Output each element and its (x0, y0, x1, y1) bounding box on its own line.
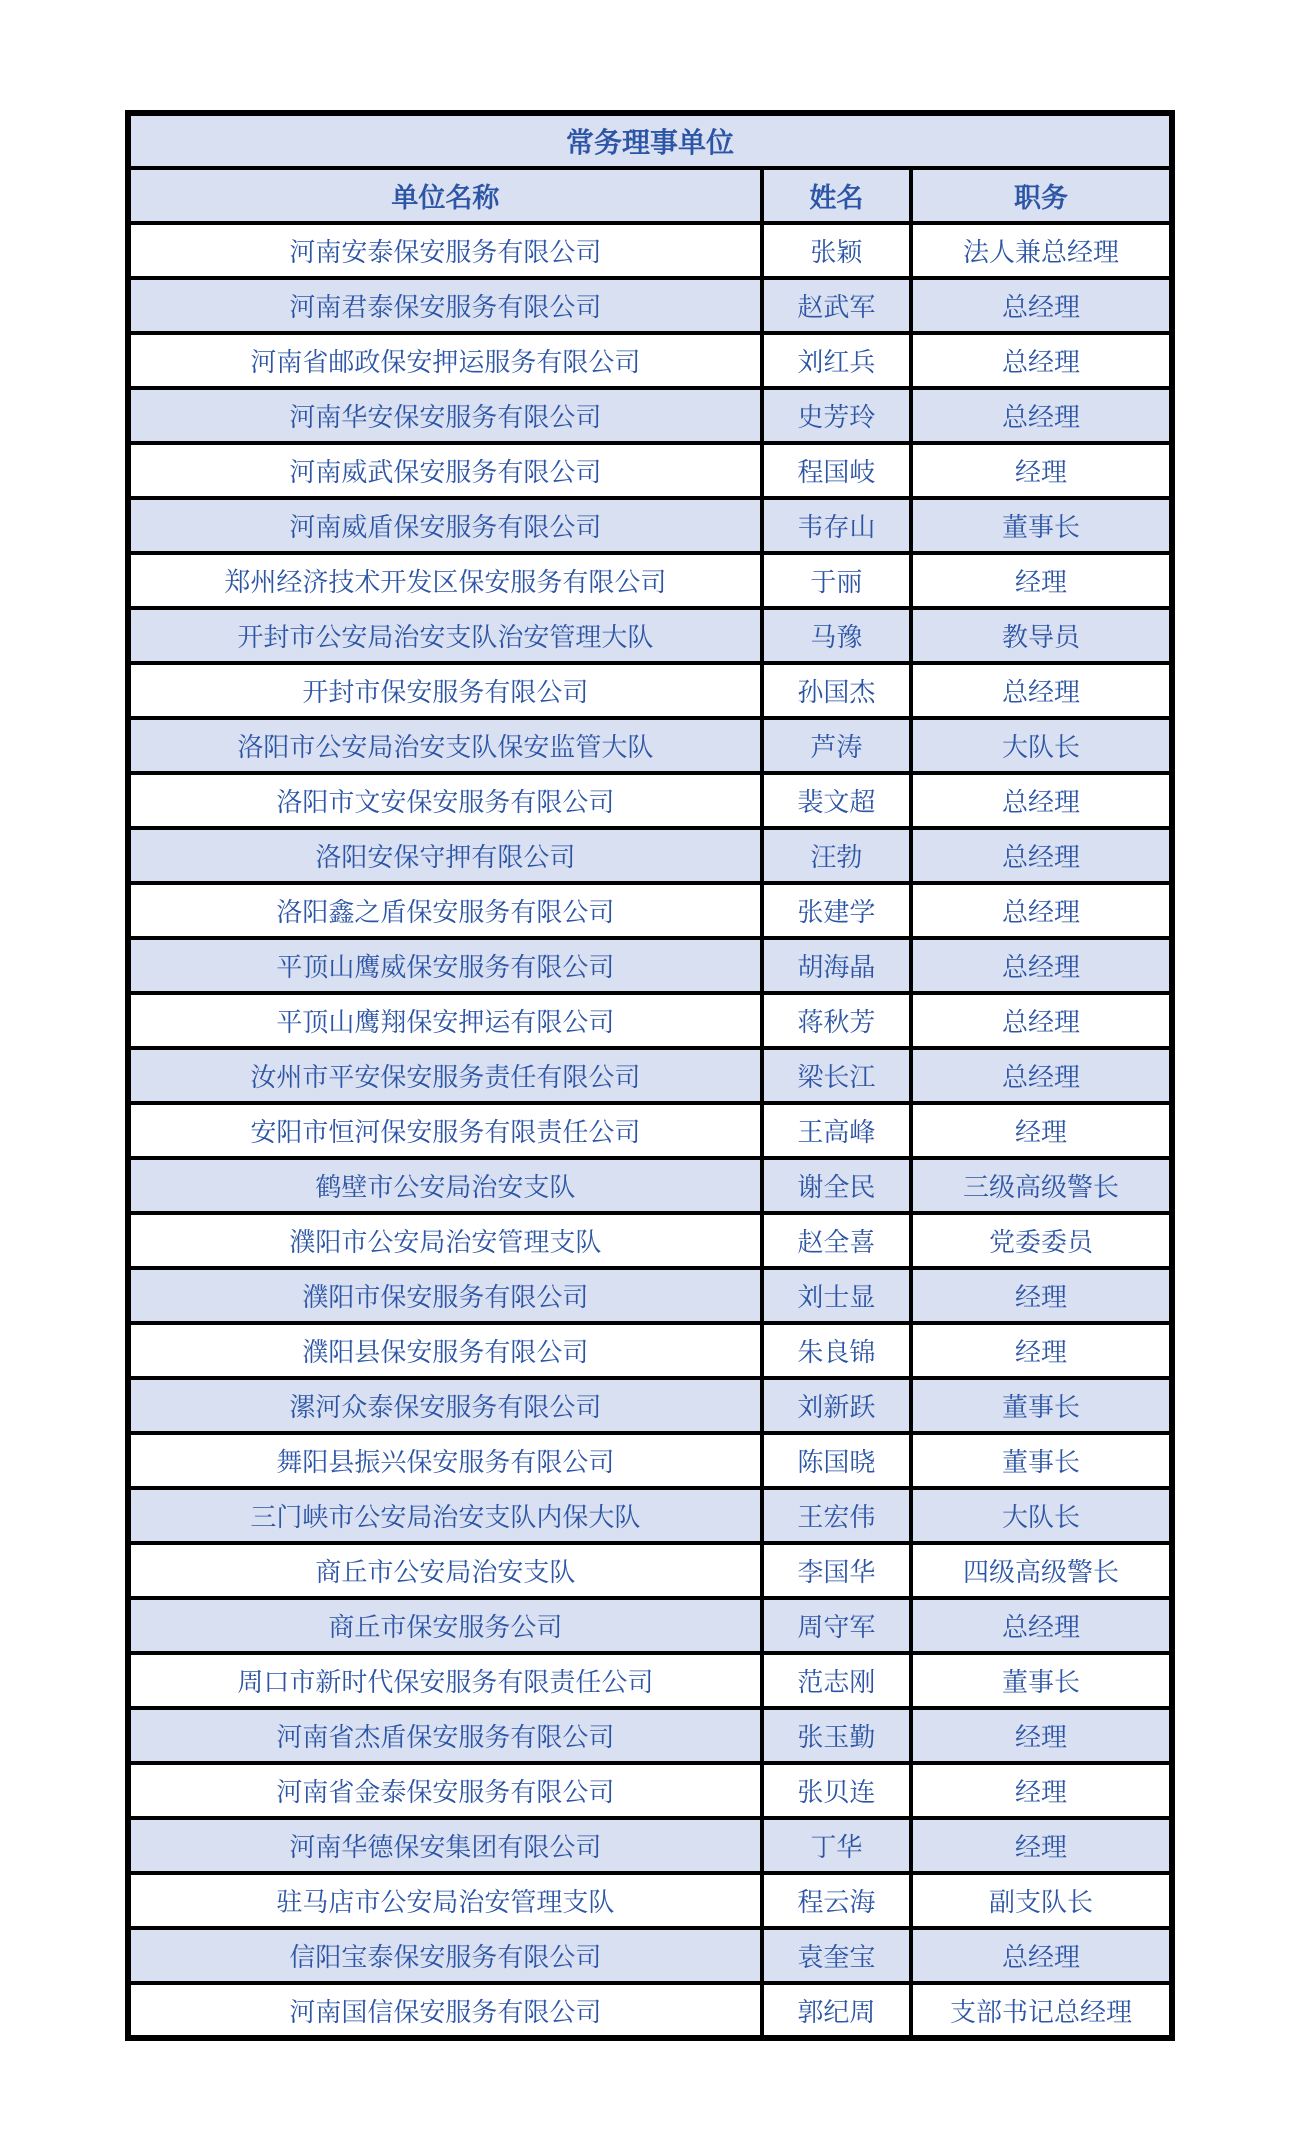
column-header-person-name: 姓名 (762, 168, 911, 223)
position-cell: 董事长 (911, 1378, 1172, 1433)
person-name-cell: 王宏伟 (762, 1488, 911, 1543)
person-name-cell: 朱良锦 (762, 1323, 911, 1378)
person-name-cell: 范志刚 (762, 1653, 911, 1708)
table-body: 河南安泰保安服务有限公司 张颖 法人兼总经理 河南君泰保安服务有限公司 赵武军 … (128, 223, 1172, 2038)
position-cell: 总经理 (911, 1598, 1172, 1653)
unit-name-cell: 鹤壁市公安局治安支队 (128, 1158, 762, 1213)
person-name-cell: 梁长江 (762, 1048, 911, 1103)
person-name-cell: 胡海晶 (762, 938, 911, 993)
person-name-cell: 史芳玲 (762, 388, 911, 443)
person-name-cell: 裴文超 (762, 773, 911, 828)
table-row: 河南华德保安集团有限公司 丁华 经理 (128, 1818, 1172, 1873)
table-row: 信阳宝泰保安服务有限公司 袁奎宝 总经理 (128, 1928, 1172, 1983)
person-name-cell: 于丽 (762, 553, 911, 608)
unit-name-cell: 开封市公安局治安支队治安管理大队 (128, 608, 762, 663)
person-name-cell: 谢全民 (762, 1158, 911, 1213)
person-name-cell: 蒋秋芳 (762, 993, 911, 1048)
person-name-cell: 刘新跃 (762, 1378, 911, 1433)
table-row: 商丘市公安局治安支队 李国华 四级高级警长 (128, 1543, 1172, 1598)
position-cell: 教导员 (911, 608, 1172, 663)
table-row: 河南安泰保安服务有限公司 张颖 法人兼总经理 (128, 223, 1172, 278)
unit-name-cell: 商丘市保安服务公司 (128, 1598, 762, 1653)
position-cell: 总经理 (911, 938, 1172, 993)
person-name-cell: 袁奎宝 (762, 1928, 911, 1983)
unit-name-cell: 河南华德保安集团有限公司 (128, 1818, 762, 1873)
person-name-cell: 张玉勤 (762, 1708, 911, 1763)
position-cell: 总经理 (911, 663, 1172, 718)
position-cell: 法人兼总经理 (911, 223, 1172, 278)
position-cell: 经理 (911, 1103, 1172, 1158)
position-cell: 总经理 (911, 773, 1172, 828)
unit-name-cell: 开封市保安服务有限公司 (128, 663, 762, 718)
table-row: 河南省金泰保安服务有限公司 张贝连 经理 (128, 1763, 1172, 1818)
table-row: 平顶山鹰威保安服务有限公司 胡海晶 总经理 (128, 938, 1172, 993)
unit-name-cell: 河南华安保安服务有限公司 (128, 388, 762, 443)
table-row: 濮阳县保安服务有限公司 朱良锦 经理 (128, 1323, 1172, 1378)
unit-name-cell: 河南国信保安服务有限公司 (128, 1983, 762, 2038)
unit-name-cell: 周口市新时代保安服务有限责任公司 (128, 1653, 762, 1708)
person-name-cell: 李国华 (762, 1543, 911, 1598)
position-cell: 总经理 (911, 333, 1172, 388)
table-row: 鹤壁市公安局治安支队 谢全民 三级高级警长 (128, 1158, 1172, 1213)
table-row: 洛阳市公安局治安支队保安监管大队 芦涛 大队长 (128, 718, 1172, 773)
person-name-cell: 刘士显 (762, 1268, 911, 1323)
person-name-cell: 赵武军 (762, 278, 911, 333)
person-name-cell: 赵全喜 (762, 1213, 911, 1268)
unit-name-cell: 平顶山鹰威保安服务有限公司 (128, 938, 762, 993)
unit-name-cell: 三门峡市公安局治安支队内保大队 (128, 1488, 762, 1543)
table-row: 河南华安保安服务有限公司 史芳玲 总经理 (128, 388, 1172, 443)
table-title-row: 常务理事单位 (128, 113, 1172, 168)
unit-name-cell: 河南君泰保安服务有限公司 (128, 278, 762, 333)
position-cell: 董事长 (911, 1653, 1172, 1708)
position-cell: 三级高级警长 (911, 1158, 1172, 1213)
person-name-cell: 王高峰 (762, 1103, 911, 1158)
unit-name-cell: 洛阳市公安局治安支队保安监管大队 (128, 718, 762, 773)
table-header-row: 单位名称 姓名 职务 (128, 168, 1172, 223)
table-row: 平顶山鹰翔保安押运有限公司 蒋秋芳 总经理 (128, 993, 1172, 1048)
position-cell: 经理 (911, 1708, 1172, 1763)
unit-name-cell: 河南安泰保安服务有限公司 (128, 223, 762, 278)
table-row: 商丘市保安服务公司 周守军 总经理 (128, 1598, 1172, 1653)
table-row: 安阳市恒河保安服务有限责任公司 王高峰 经理 (128, 1103, 1172, 1158)
person-name-cell: 孙国杰 (762, 663, 911, 718)
position-cell: 党委委员 (911, 1213, 1172, 1268)
position-cell: 经理 (911, 553, 1172, 608)
unit-name-cell: 河南威武保安服务有限公司 (128, 443, 762, 498)
position-cell: 董事长 (911, 1433, 1172, 1488)
table-row: 河南威武保安服务有限公司 程国岐 经理 (128, 443, 1172, 498)
table-row: 濮阳市公安局治安管理支队 赵全喜 党委委员 (128, 1213, 1172, 1268)
column-header-position: 职务 (911, 168, 1172, 223)
position-cell: 总经理 (911, 1048, 1172, 1103)
table-row: 濮阳市保安服务有限公司 刘士显 经理 (128, 1268, 1172, 1323)
unit-name-cell: 濮阳市公安局治安管理支队 (128, 1213, 762, 1268)
unit-name-cell: 驻马店市公安局治安管理支队 (128, 1873, 762, 1928)
unit-name-cell: 平顶山鹰翔保安押运有限公司 (128, 993, 762, 1048)
table-row: 汝州市平安保安服务责任有限公司 梁长江 总经理 (128, 1048, 1172, 1103)
person-name-cell: 张建学 (762, 883, 911, 938)
position-cell: 大队长 (911, 1488, 1172, 1543)
table-title: 常务理事单位 (128, 113, 1172, 168)
position-cell: 经理 (911, 1268, 1172, 1323)
position-cell: 四级高级警长 (911, 1543, 1172, 1598)
position-cell: 经理 (911, 1763, 1172, 1818)
position-cell: 总经理 (911, 1928, 1172, 1983)
person-name-cell: 郭纪周 (762, 1983, 911, 2038)
standing-directors-table: 常务理事单位 单位名称 姓名 职务 河南安泰保安服务有限公司 张颖 法人兼总经理… (125, 110, 1175, 2041)
unit-name-cell: 濮阳县保安服务有限公司 (128, 1323, 762, 1378)
table-row: 洛阳鑫之盾保安服务有限公司 张建学 总经理 (128, 883, 1172, 938)
position-cell: 经理 (911, 443, 1172, 498)
person-name-cell: 周守军 (762, 1598, 911, 1653)
unit-name-cell: 河南省杰盾保安服务有限公司 (128, 1708, 762, 1763)
column-header-unit-name: 单位名称 (128, 168, 762, 223)
position-cell: 总经理 (911, 388, 1172, 443)
person-name-cell: 芦涛 (762, 718, 911, 773)
unit-name-cell: 河南省邮政保安押运服务有限公司 (128, 333, 762, 388)
person-name-cell: 马豫 (762, 608, 911, 663)
table-row: 漯河众泰保安服务有限公司 刘新跃 董事长 (128, 1378, 1172, 1433)
document-page: 常务理事单位 单位名称 姓名 职务 河南安泰保安服务有限公司 张颖 法人兼总经理… (0, 0, 1299, 2143)
position-cell: 董事长 (911, 498, 1172, 553)
unit-name-cell: 洛阳市文安保安服务有限公司 (128, 773, 762, 828)
table-row: 开封市保安服务有限公司 孙国杰 总经理 (128, 663, 1172, 718)
person-name-cell: 丁华 (762, 1818, 911, 1873)
table-row: 驻马店市公安局治安管理支队 程云海 副支队长 (128, 1873, 1172, 1928)
person-name-cell: 陈国晓 (762, 1433, 911, 1488)
person-name-cell: 刘红兵 (762, 333, 911, 388)
position-cell: 总经理 (911, 883, 1172, 938)
table-row: 洛阳安保守押有限公司 汪勃 总经理 (128, 828, 1172, 883)
position-cell: 总经理 (911, 828, 1172, 883)
unit-name-cell: 信阳宝泰保安服务有限公司 (128, 1928, 762, 1983)
unit-name-cell: 漯河众泰保安服务有限公司 (128, 1378, 762, 1433)
unit-name-cell: 洛阳安保守押有限公司 (128, 828, 762, 883)
position-cell: 经理 (911, 1323, 1172, 1378)
table-row: 河南国信保安服务有限公司 郭纪周 支部书记总经理 (128, 1983, 1172, 2038)
unit-name-cell: 安阳市恒河保安服务有限责任公司 (128, 1103, 762, 1158)
unit-name-cell: 河南省金泰保安服务有限公司 (128, 1763, 762, 1818)
person-name-cell: 张贝连 (762, 1763, 911, 1818)
position-cell: 支部书记总经理 (911, 1983, 1172, 2038)
position-cell: 总经理 (911, 993, 1172, 1048)
unit-name-cell: 舞阳县振兴保安服务有限公司 (128, 1433, 762, 1488)
person-name-cell: 汪勃 (762, 828, 911, 883)
unit-name-cell: 商丘市公安局治安支队 (128, 1543, 762, 1598)
table-row: 河南省邮政保安押运服务有限公司 刘红兵 总经理 (128, 333, 1172, 388)
table-row: 河南君泰保安服务有限公司 赵武军 总经理 (128, 278, 1172, 333)
table-row: 郑州经济技术开发区保安服务有限公司 于丽 经理 (128, 553, 1172, 608)
unit-name-cell: 郑州经济技术开发区保安服务有限公司 (128, 553, 762, 608)
table-row: 三门峡市公安局治安支队内保大队 王宏伟 大队长 (128, 1488, 1172, 1543)
person-name-cell: 程云海 (762, 1873, 911, 1928)
position-cell: 总经理 (911, 278, 1172, 333)
unit-name-cell: 汝州市平安保安服务责任有限公司 (128, 1048, 762, 1103)
person-name-cell: 程国岐 (762, 443, 911, 498)
table-row: 河南省杰盾保安服务有限公司 张玉勤 经理 (128, 1708, 1172, 1763)
table-row: 周口市新时代保安服务有限责任公司 范志刚 董事长 (128, 1653, 1172, 1708)
position-cell: 副支队长 (911, 1873, 1172, 1928)
unit-name-cell: 河南威盾保安服务有限公司 (128, 498, 762, 553)
table-row: 河南威盾保安服务有限公司 韦存山 董事长 (128, 498, 1172, 553)
person-name-cell: 张颖 (762, 223, 911, 278)
table-row: 开封市公安局治安支队治安管理大队 马豫 教导员 (128, 608, 1172, 663)
person-name-cell: 韦存山 (762, 498, 911, 553)
unit-name-cell: 濮阳市保安服务有限公司 (128, 1268, 762, 1323)
unit-name-cell: 洛阳鑫之盾保安服务有限公司 (128, 883, 762, 938)
position-cell: 经理 (911, 1818, 1172, 1873)
position-cell: 大队长 (911, 718, 1172, 773)
table-row: 舞阳县振兴保安服务有限公司 陈国晓 董事长 (128, 1433, 1172, 1488)
table-row: 洛阳市文安保安服务有限公司 裴文超 总经理 (128, 773, 1172, 828)
